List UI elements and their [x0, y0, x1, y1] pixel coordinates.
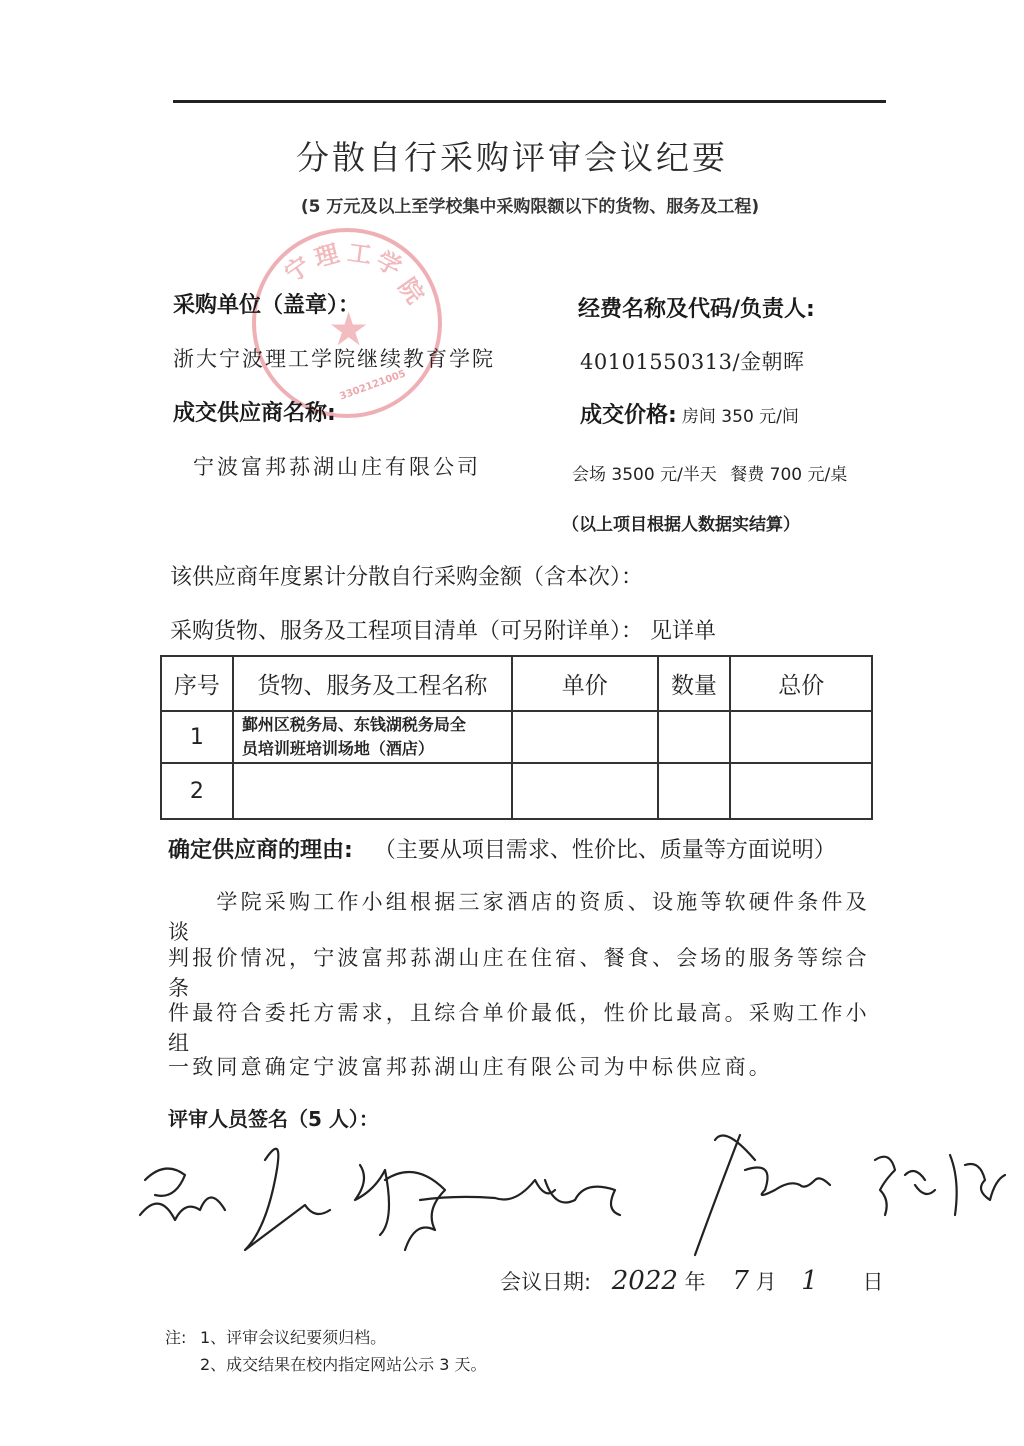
meeting-date-year: 2022: [612, 1266, 678, 1296]
header-total: 总价: [730, 656, 872, 711]
cell-quantity: [658, 763, 731, 819]
supplier-value: 宁波富邦荪湖山庄有限公司: [193, 451, 481, 481]
cell-unit-price: [512, 711, 658, 763]
official-seal: 宁 理 工 学 院 ★ 3302121005: [252, 228, 442, 418]
fund-label: 经费名称及代码/负责人:: [578, 292, 815, 323]
reason-line-3: 件最符合委托方需求，且综合单价最低，性价比最高。采购工作小组: [168, 997, 884, 1057]
reason-line-4: 一致同意确定宁波富邦荪湖山庄有限公司为中标供应商。: [168, 1051, 884, 1081]
reason-label: 确定供应商的理由:: [168, 838, 353, 863]
cell-no: 1: [161, 711, 233, 763]
cell-name: [233, 763, 512, 819]
note-item-2: 2、成交结果在校内指定网站公示 3 天。: [200, 1352, 487, 1375]
purchaser-label: 采购单位（盖章）：: [173, 288, 360, 319]
cumulative-line: 该供应商年度累计分散自行采购金额（含本次）：: [170, 560, 643, 591]
seal-char: 学: [371, 240, 409, 282]
note-item-1: 1、评审会议纪要须归档。: [200, 1325, 386, 1348]
supplier-label: 成交供应商名称:: [173, 396, 336, 427]
cumulative-label: 该供应商年度累计分散自行采购金额（含本次）：: [170, 565, 643, 590]
list-line: 采购货物、服务及工程项目清单（可另附详单）： 见详单: [170, 614, 716, 645]
cell-total: [730, 711, 872, 763]
cell-unit-price: [512, 763, 658, 819]
purchaser-value: 浙大宁波理工学院继续教育学院: [173, 343, 495, 373]
items-table: 序号 货物、服务及工程名称 单价 数量 总价 1 鄞州区税务局、东钱湖税务局全 …: [160, 655, 873, 820]
meeting-date-month-unit: 月: [756, 1270, 777, 1294]
cell-name-line2: 员培训班培训场地（酒店）: [242, 737, 511, 761]
price-note: （以上项目根据人数据实结算）: [562, 510, 800, 535]
header-no: 序号: [161, 656, 233, 711]
seal-char: 院: [392, 270, 434, 310]
cell-name-line1: 鄞州区税务局、东钱湖税务局全: [242, 713, 511, 737]
meeting-date-year-unit: 年: [685, 1270, 706, 1294]
signature-1: [140, 1169, 225, 1220]
price-line: 成交价格: 房间 350 元/间: [580, 398, 799, 429]
price-venue: 会场 3500 元/半天: [572, 465, 717, 485]
meeting-date-day: 1: [801, 1266, 818, 1296]
seal-char: 理: [310, 233, 342, 273]
header-unit-price: 单价: [512, 656, 658, 711]
document-title: 分散自行采购评审会议纪要: [0, 132, 1024, 179]
notes-prefix: 注:: [165, 1325, 186, 1348]
meeting-date: 会议日期: 2022 年 7 月 1 日: [500, 1266, 883, 1296]
meeting-date-month: 7: [732, 1266, 749, 1296]
reason-hint: （主要从项目需求、性价比、质量等方面说明）: [374, 838, 836, 863]
price-line-2: 会场 3500 元/半天 餐费 700 元/桌: [572, 460, 847, 485]
meeting-date-label: 会议日期:: [500, 1270, 591, 1294]
meeting-date-day-unit: 日: [862, 1270, 883, 1294]
price-room: 房间 350 元/间: [682, 407, 799, 427]
fund-value: 40101550313/金朝晖: [580, 346, 805, 376]
price-meal: 餐费 700 元/桌: [730, 465, 847, 485]
reason-line-2: 判报价情况，宁波富邦荪湖山庄在住宿、餐食、会场的服务等综合条: [168, 942, 884, 1002]
price-label: 成交价格:: [580, 403, 677, 428]
handwritten-signatures: [115, 1120, 1015, 1260]
cell-quantity: [658, 711, 731, 763]
seal-char: 宁: [276, 246, 316, 288]
document-subtitle: (5 万元及以上至学校集中采购限额以下的货物、服务及工程): [0, 192, 1024, 217]
cell-no: 2: [161, 763, 233, 819]
list-value: 见详单: [650, 619, 716, 644]
header-quantity: 数量: [658, 656, 731, 711]
reason-line-1: 学院采购工作小组根据三家酒店的资质、设施等软硬件条件及谈: [168, 886, 884, 946]
cell-name: 鄞州区税务局、东钱湖税务局全 员培训班培训场地（酒店）: [233, 711, 512, 763]
table-header-row: 序号 货物、服务及工程名称 单价 数量 总价: [161, 656, 872, 711]
seal-char: 工: [346, 233, 375, 271]
reason-heading: 确定供应商的理由: （主要从项目需求、性价比、质量等方面说明）: [168, 833, 836, 864]
table-row: 2: [161, 763, 872, 819]
header-name: 货物、服务及工程名称: [233, 656, 512, 711]
list-label: 采购货物、服务及工程项目清单（可另附详单）：: [170, 619, 643, 644]
cell-total: [730, 763, 872, 819]
header-rule: [173, 100, 886, 103]
seal-code: 3302121005: [338, 368, 407, 402]
table-row: 1 鄞州区税务局、东钱湖税务局全 员培训班培训场地（酒店）: [161, 711, 872, 763]
